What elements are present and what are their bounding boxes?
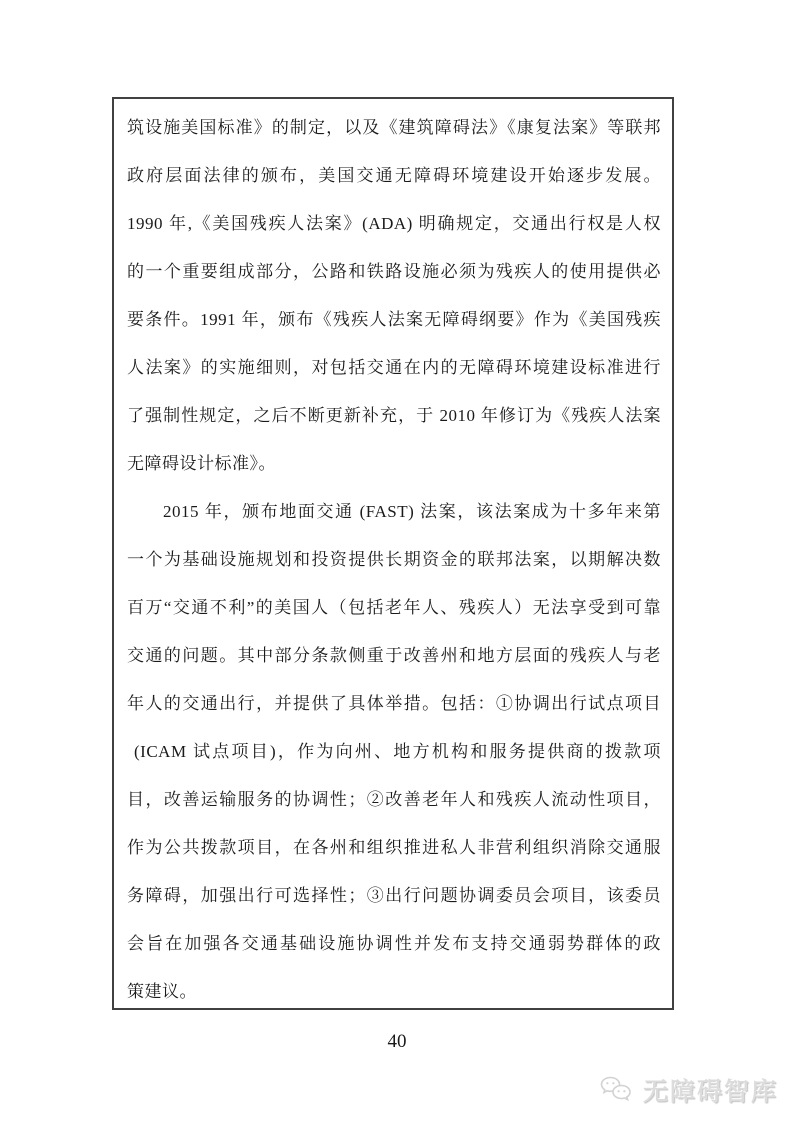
text-line: (ICAM 试点项目)，作为向州、地方机构和服务提供商的拨款项 [127,728,661,776]
bordered-text-box: 筑设施美国标准》的制定，以及《建筑障碍法》《康复法案》等联邦 政府层面法律的颁布… [112,97,674,1010]
text-line: 会旨在加强各交通基础设施协调性并发布支持交通弱势群体的政 [127,920,661,968]
text-line: 百万“交通不利”的美国人（包括老年人、残疾人）无法享受到可靠 [127,584,661,632]
text-line: 作为公共拨款项目，在各州和组织推进私人非营利组织消除交通服 [127,824,661,872]
text-line: 的一个重要组成部分，公路和铁路设施必须为残疾人的使用提供必 [127,248,661,296]
page-number: 40 [0,1031,794,1053]
text-line: 2015 年，颁布地面交通 (FAST) 法案，该法案成为十多年来第 [127,488,661,536]
text-line: 无障碍设计标准》。 [127,440,661,488]
watermark: 无障碍智库 [598,1072,778,1108]
text-line: 务障碍，加强出行可选择性；③出行问题协调委员会项目，该委员 [127,872,661,920]
document-page: { "content_box": { "lines": [ "筑设施美国标准》的… [0,0,794,1123]
text-line: 交通的问题。其中部分条款侧重于改善州和地方层面的残疾人与老 [127,632,661,680]
watermark-label: 无障碍智库 [643,1072,778,1108]
text-line: 一个为基础设施规划和投资提供长期资金的联邦法案，以期解决数 [127,536,661,584]
wechat-bubbles-icon [598,1074,634,1106]
text-line: 筑设施美国标准》的制定，以及《建筑障碍法》《康复法案》等联邦 [127,104,661,152]
text-line: 要条件。1991 年，颁布《残疾人法案无障碍纲要》作为《美国残疾 [127,296,661,344]
text-line: 政府层面法律的颁布，美国交通无障碍环境建设开始逐步发展。 [127,152,661,200]
text-line: 了强制性规定，之后不断更新补充，于 2010 年修订为《残疾人法案 [127,392,661,440]
text-line: 年人的交通出行，并提供了具体举措。包括：①协调出行试点项目 [127,680,661,728]
text-line: 人法案》的实施细则，对包括交通在内的无障碍环境建设标准进行 [127,344,661,392]
text-line: 目，改善运输服务的协调性；②改善老年人和残疾人流动性项目， [127,776,661,824]
text-line: 策建议。 [127,968,661,1010]
text-line: 1990 年,《美国残疾人法案》(ADA) 明确规定，交通出行权是人权 [127,200,661,248]
